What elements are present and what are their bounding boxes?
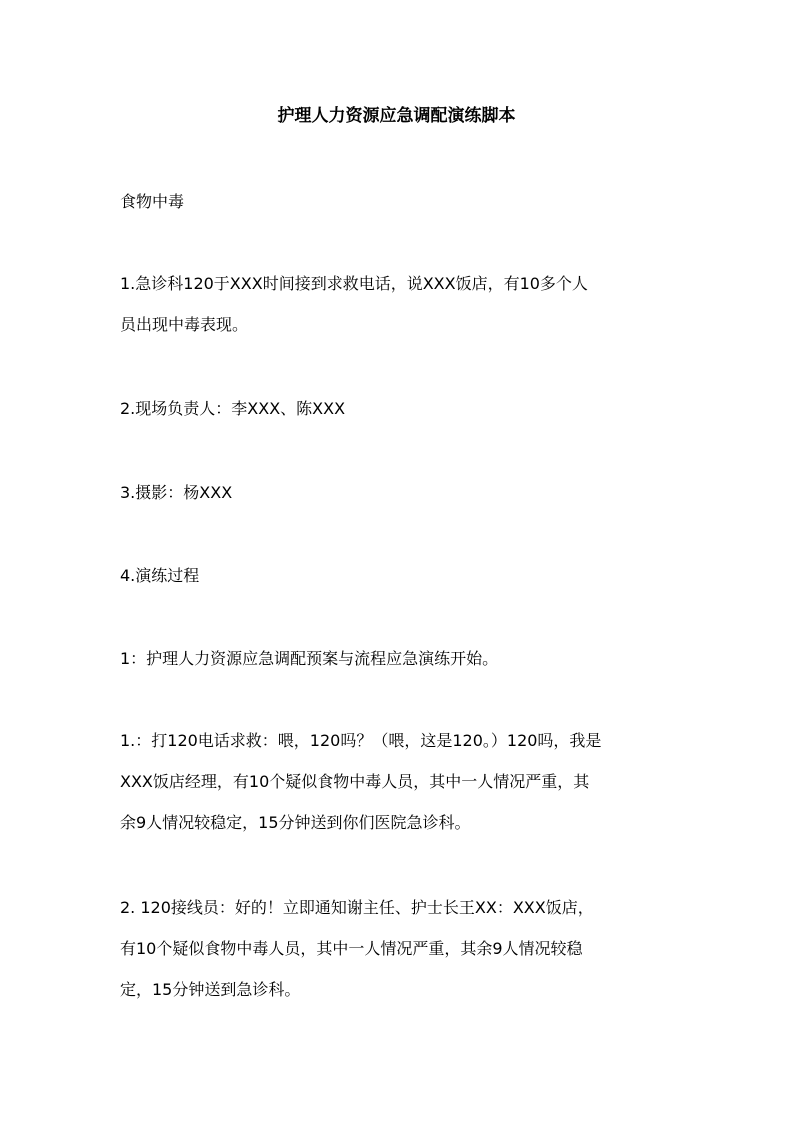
text-line: 定，15分钟送到急诊科。 — [120, 969, 680, 1010]
text-line: XXX饭店经理，有10个疑似食物中毒人员，其中一人情况严重，其 — [120, 761, 680, 802]
text-line: 2.现场负责人：李XXX、陈XXX — [120, 388, 680, 429]
text-line: 余9人情况较稳定，15分钟送到你们医院急诊科。 — [120, 802, 680, 843]
text-line: 食物中毒 — [120, 181, 680, 222]
paragraph-3-photography: 3.摄影：杨XXX — [120, 472, 680, 513]
paragraph-drill-start: 1：护理人力资源应急调配预案与流程应急演练开始。 — [120, 638, 680, 679]
text-line: 4.演练过程 — [120, 555, 680, 596]
text-line: 1.：打120电话求救：喂，120吗？（喂，这是120。）120吗，我是 — [120, 720, 680, 761]
text-line: 有10个疑似食物中毒人员，其中一人情况严重，其余9人情况较稳 — [120, 928, 680, 969]
text-line: 员出现中毒表现。 — [120, 304, 680, 345]
paragraph-call-for-help: 1.：打120电话求救：喂，120吗？（喂，这是120。）120吗，我是 XXX… — [120, 720, 680, 843]
section-heading-food-poisoning: 食物中毒 — [120, 181, 680, 222]
text-line: 1.急诊科120于XXX时间接到求救电话，说XXX饭店，有10多个人 — [120, 263, 680, 304]
text-line: 1：护理人力资源应急调配预案与流程应急演练开始。 — [120, 638, 680, 679]
paragraph-4-drill-process: 4.演练过程 — [120, 555, 680, 596]
paragraph-1-emergency-call: 1.急诊科120于XXX时间接到求救电话，说XXX饭店，有10多个人 员出现中毒… — [120, 263, 680, 345]
document-page: 护理人力资源应急调配演练脚本 食物中毒 1.急诊科120于XXX时间接到求救电话… — [0, 0, 793, 1122]
text-line: 3.摄影：杨XXX — [120, 472, 680, 513]
text-line: 2. 120接线员：好的！立即通知谢主任、护士长王XX：XXX饭店， — [120, 887, 680, 928]
paragraph-operator-response: 2. 120接线员：好的！立即通知谢主任、护士长王XX：XXX饭店， 有10个疑… — [120, 887, 680, 1010]
document-title: 护理人力资源应急调配演练脚本 — [0, 104, 793, 128]
paragraph-2-site-leaders: 2.现场负责人：李XXX、陈XXX — [120, 388, 680, 429]
